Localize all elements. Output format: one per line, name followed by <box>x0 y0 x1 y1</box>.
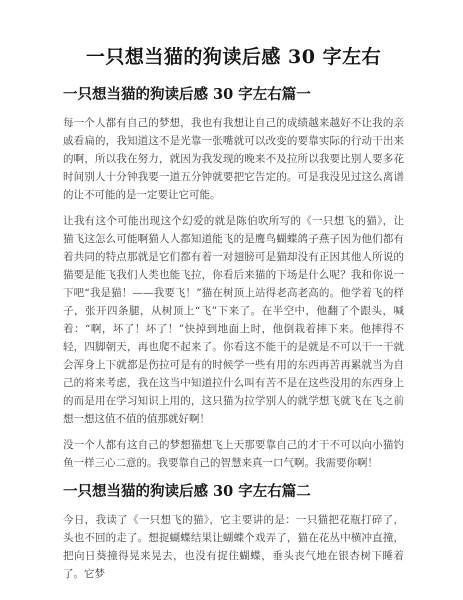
section-1-heading: 一只想当猫的狗读后感 30 字左右篇一 <box>63 85 404 105</box>
page-title: 一只想当猫的狗读后感 30 字左右 <box>63 44 404 70</box>
section-1-paragraph-1: 每一个人都有自己的梦想，我也有我想让自己的成绩越来越好不让我的亲戚看扁的，我知道… <box>63 114 404 204</box>
document-page: 一只想当猫的狗读后感 30 字左右 一只想当猫的狗读后感 30 字左右篇一 每一… <box>0 0 463 600</box>
section-1-paragraph-2: 让我有这个可能出现这个幻爱的就是陈伯吹所写的《一只想飞的猫》，让猫飞这怎么可能啊… <box>63 212 404 428</box>
section-2-heading: 一只想当猫的狗读后感 30 字左右篇二 <box>63 482 404 502</box>
section-2-paragraph-1: 今日，我读了《一只想飞的猫》，它主要讲的是：一只猫把花瓶打碎了，头也不回的走了。… <box>63 511 404 583</box>
section-1-paragraph-3: 没一个人都有这自己的梦想猫想飞上天那要靠自己的才干不可以向小猫钓鱼一样三心二意的… <box>63 436 404 472</box>
